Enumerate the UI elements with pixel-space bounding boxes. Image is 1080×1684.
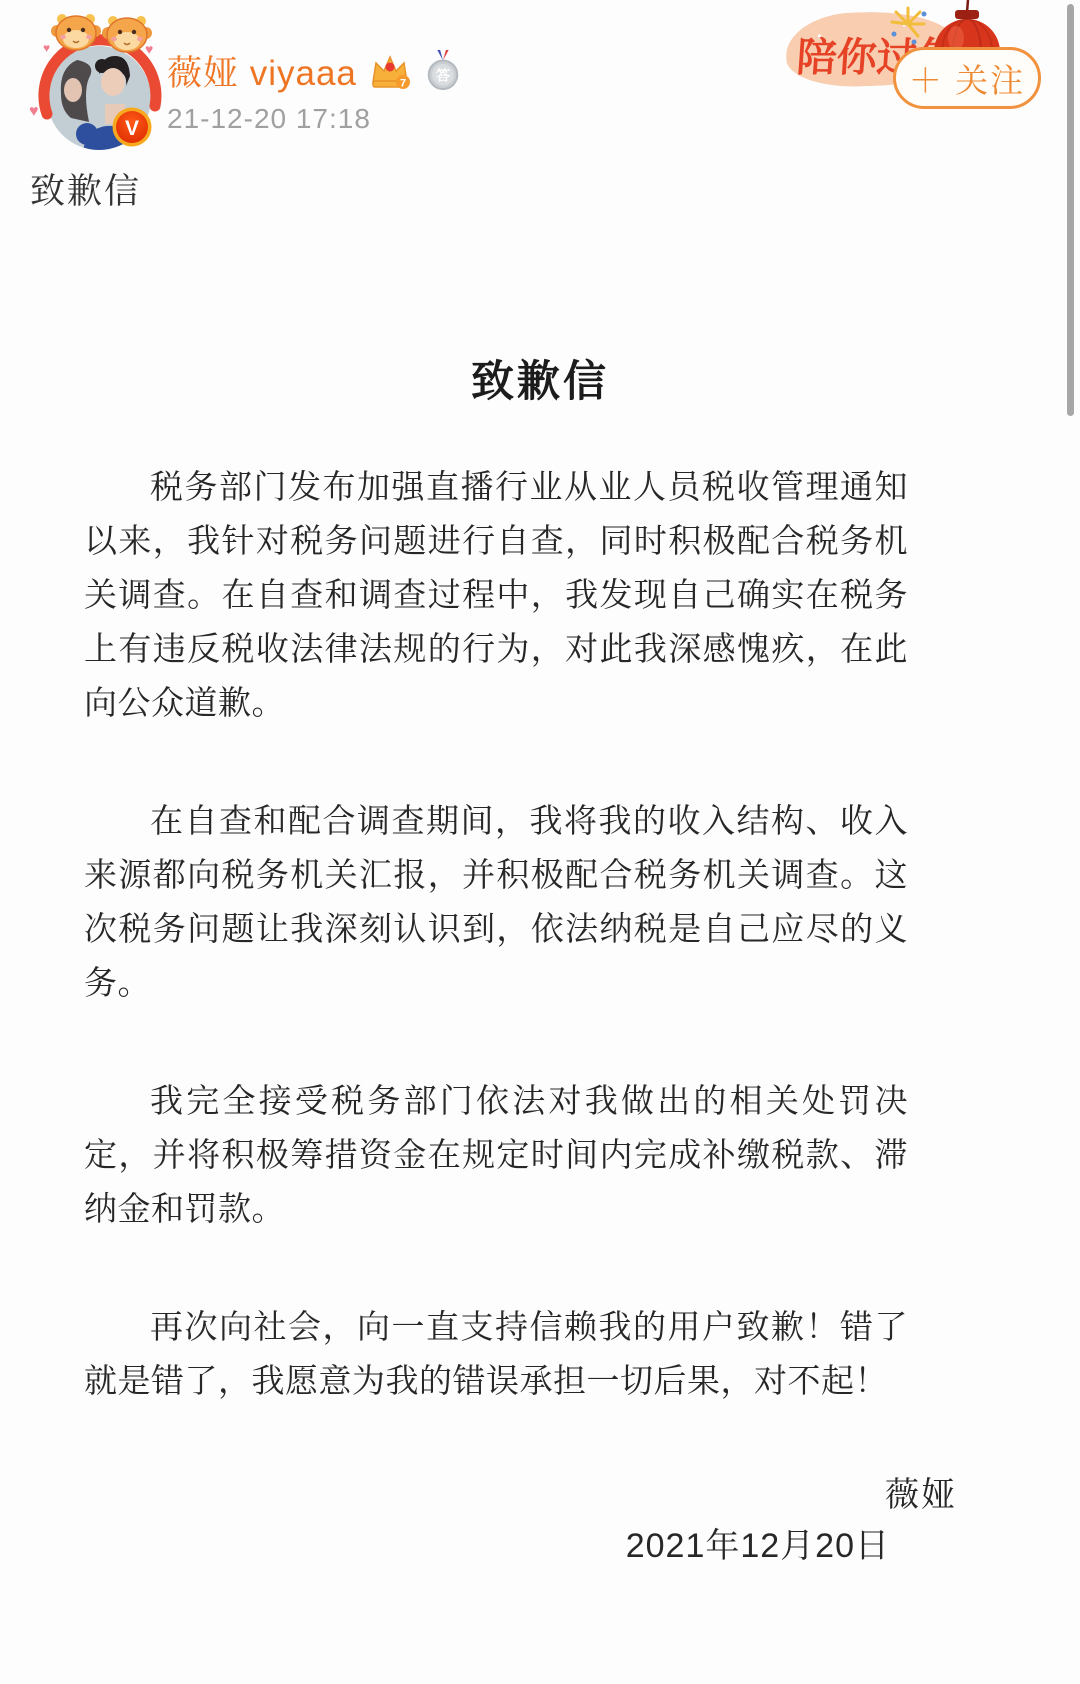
username[interactable]: 薇娅 viyaaa — [167, 46, 357, 96]
crown-icon: 7 — [367, 50, 413, 92]
weibo-post: ♥ ♥ ♥ V 薇娅 viyaaa 7 答 — [0, 0, 1080, 1684]
letter-paragraph: 再次向社会，向一直支持信赖我的用户致歉！错了就是错了，我愿意为我的错误承担一切后… — [84, 1300, 908, 1408]
answer-medal-icon: 答 — [423, 48, 463, 94]
post-timestamp: 21-12-20 17:18 — [167, 103, 371, 135]
heart-icon: ♥ — [43, 41, 50, 55]
letter-date: 2021年12月20日 — [626, 1518, 890, 1567]
letter-paragraph: 我完全接受税务部门依法对我做出的相关处罚决定，并将积极筹措资金在规定时间内完成补… — [84, 1074, 908, 1236]
username-row: 薇娅 viyaaa 7 答 — [167, 48, 463, 94]
avatar-graphic: ♥ ♥ ♥ V — [25, 8, 180, 153]
svg-text:V: V — [125, 117, 139, 140]
letter-body: 税务部门发布加强直播行业从业人员税收管理通知以来，我针对税务问题进行自查，同时积… — [84, 460, 908, 1472]
letter-paragraph: 税务部门发布加强直播行业从业人员税收管理通知以来，我针对税务问题进行自查，同时积… — [84, 460, 908, 730]
avatar[interactable]: ♥ ♥ ♥ V — [25, 8, 180, 153]
post-caption: 致歉信 — [30, 164, 141, 214]
svg-text:7: 7 — [400, 78, 406, 90]
verified-badge-icon: V — [113, 108, 152, 147]
follow-button[interactable]: ＋ 关注 — [893, 47, 1041, 109]
heart-icon: ♥ — [29, 103, 39, 120]
svg-text:答: 答 — [436, 67, 451, 85]
letter-title: 致歉信 — [0, 348, 1080, 409]
firework-icon — [884, 4, 932, 48]
letter-signature: 薇娅 — [885, 1467, 957, 1516]
heart-icon: ♥ — [145, 41, 153, 57]
letter-paragraph: 在自查和配合调查期间，我将我的收入结构、收入来源都向税务机关汇报，并积极配合税务… — [84, 794, 908, 1010]
